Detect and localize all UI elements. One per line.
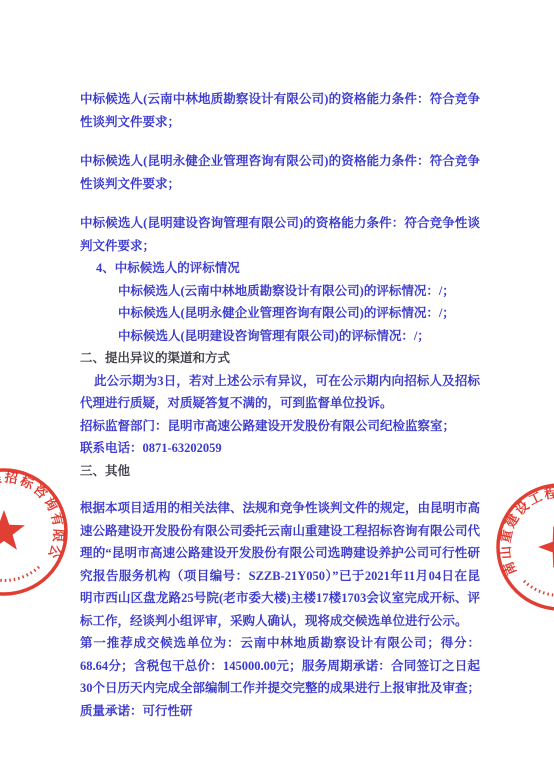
phone-line: 联系电话：0871-63202059	[80, 437, 480, 460]
supervision-dept-line: 招标监督部门：昆明市高速公路建设开发股份有限公司纪检监察室；	[80, 415, 480, 438]
paragraph-first-candidate: 第一推荐成交候选单位为：云南中林地质勘察设计有限公司；得分：68.64分；含税包…	[80, 632, 480, 722]
paragraph-objection: 此公示期为3日，若对上述公示有异议，可在公示期内向招标人及招标代理进行质疑，对质…	[80, 370, 480, 415]
document-page: 中标候选人(云南中林地质勘察设计有限公司)的资格能力条件：符合竞争性谈判文件要求…	[0, 0, 554, 783]
paragraph-qualification-3: 中标候选人(昆明建设咨询管理有限公司)的资格能力条件：符合竞争性谈判文件要求；	[80, 212, 480, 257]
paragraph-qualification-2: 中标候选人(昆明永健企业管理咨询有限公司)的资格能力条件：符合竞争性谈判文件要求…	[80, 150, 480, 195]
section-heading-objection: 二、提出异议的渠道和方式	[80, 347, 480, 370]
seal-company-text: 云南山重建设工程招标咨询有限公司	[0, 462, 66, 562]
seal-ring	[498, 485, 554, 609]
document-content: 中标候选人(云南中林地质勘察设计有限公司)的资格能力条件：符合竞争性谈判文件要求…	[80, 88, 480, 722]
section-heading-other: 三、其他	[80, 460, 480, 483]
seal-serial-dots	[0, 566, 40, 580]
paragraph-qualification-1: 中标候选人(云南中林地质勘察设计有限公司)的资格能力条件：符合竞争性谈判文件要求…	[80, 88, 480, 133]
star-icon	[0, 510, 25, 550]
seal-serial-dots	[524, 581, 554, 595]
seal-ring	[0, 470, 66, 594]
svg-text:云南山重建设工程招标咨询有限公司: 云南山重建设工程招标咨询有限公司	[490, 477, 554, 577]
paragraph-project-result: 根据本项目适用的相关法律、法规和竞争性谈判文件的规定，由昆明市高速公路建设开发股…	[80, 497, 480, 632]
section-heading-eval: 4、中标候选人的评标情况	[80, 257, 480, 280]
official-seal-right: 云南山重建设工程招标咨询有限公司	[490, 477, 554, 617]
official-seal-left: 云南山重建设工程招标咨询有限公司	[0, 462, 74, 602]
svg-text:云南山重建设工程招标咨询有限公司: 云南山重建设工程招标咨询有限公司	[0, 462, 66, 562]
eval-item-1: 中标候选人(云南中林地质勘察设计有限公司)的评标情况：/；	[80, 280, 480, 303]
eval-item-3: 中标候选人(昆明建设咨询管理有限公司)的评标情况：/；	[80, 325, 480, 348]
eval-item-2: 中标候选人(昆明永健企业管理咨询有限公司)的评标情况：/；	[80, 302, 480, 325]
seal-company-text: 云南山重建设工程招标咨询有限公司	[490, 477, 554, 577]
star-icon	[533, 520, 554, 571]
